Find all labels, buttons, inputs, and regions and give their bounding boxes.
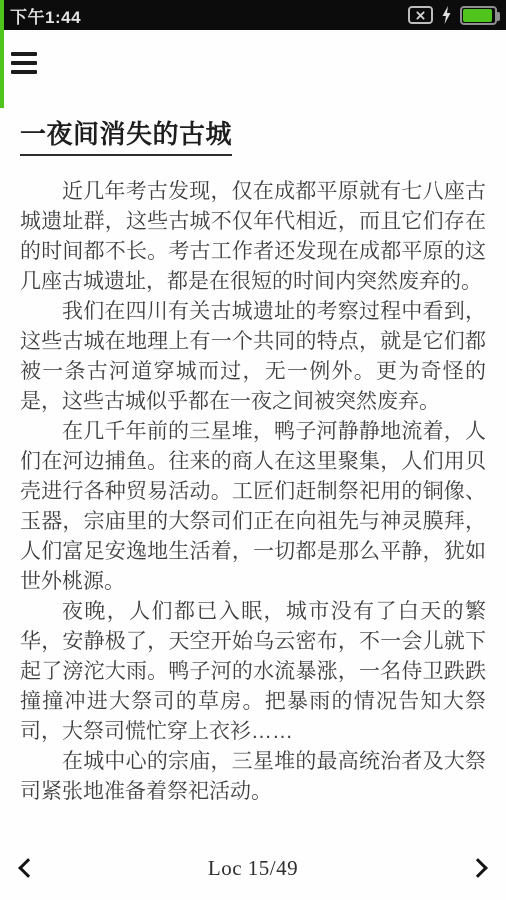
status-bar-icons xyxy=(408,6,497,25)
battery-nub xyxy=(497,12,500,21)
pager-bar: Loc 15/49 xyxy=(0,836,506,900)
sim-missing-icon xyxy=(408,6,433,24)
status-bar-time: 下午1:44 xyxy=(10,3,81,28)
chapter-title: 一夜间消失的古城 xyxy=(20,118,486,151)
paragraph: 在城中心的宗庙，三星堆的最高统治者及大祭司紧张地准备着祭祀活动。 xyxy=(20,747,486,807)
next-page-button[interactable] xyxy=(465,855,491,881)
chevron-left-icon xyxy=(18,858,38,878)
prev-page-button[interactable] xyxy=(15,855,41,881)
status-bar: 下午1:44 xyxy=(0,0,506,30)
app-bar xyxy=(0,30,506,88)
chevron-right-icon xyxy=(468,858,488,878)
paragraph: 我们在四川有关古城遗址的考察过程中看到，这些古城在地理上有一个共同的特点，就是它… xyxy=(20,297,486,417)
paragraph: 近几年考古发现，仅在成都平原就有七八座古城遗址群，这些古城不仅年代相近，而且它们… xyxy=(20,177,486,297)
reading-page[interactable]: 一夜间消失的古城 近几年考古发现，仅在成都平原就有七八座古城遗址群，这些古城不仅… xyxy=(0,118,506,807)
battery-icon xyxy=(460,6,497,25)
charging-icon xyxy=(441,6,452,24)
paragraph: 在几千年前的三星堆，鸭子河静静地流着，人们在河边捕鱼。往来的商人在这里聚集，人们… xyxy=(20,417,486,597)
paragraph: 夜晚，人们都已入眠，城市没有了白天的繁华，安静极了，天空开始乌云密布，不一会儿就… xyxy=(20,597,486,747)
chapter-title-text: 一夜间消失的古城 xyxy=(20,119,232,156)
menu-button[interactable] xyxy=(11,52,37,74)
reader-app-screen: 下午1:44 xyxy=(0,0,506,900)
battery-fill xyxy=(463,9,492,22)
hamburger-icon xyxy=(11,52,37,74)
location-indicator: Loc 15/49 xyxy=(208,856,298,881)
screen-edge-green-stripe xyxy=(0,0,4,108)
